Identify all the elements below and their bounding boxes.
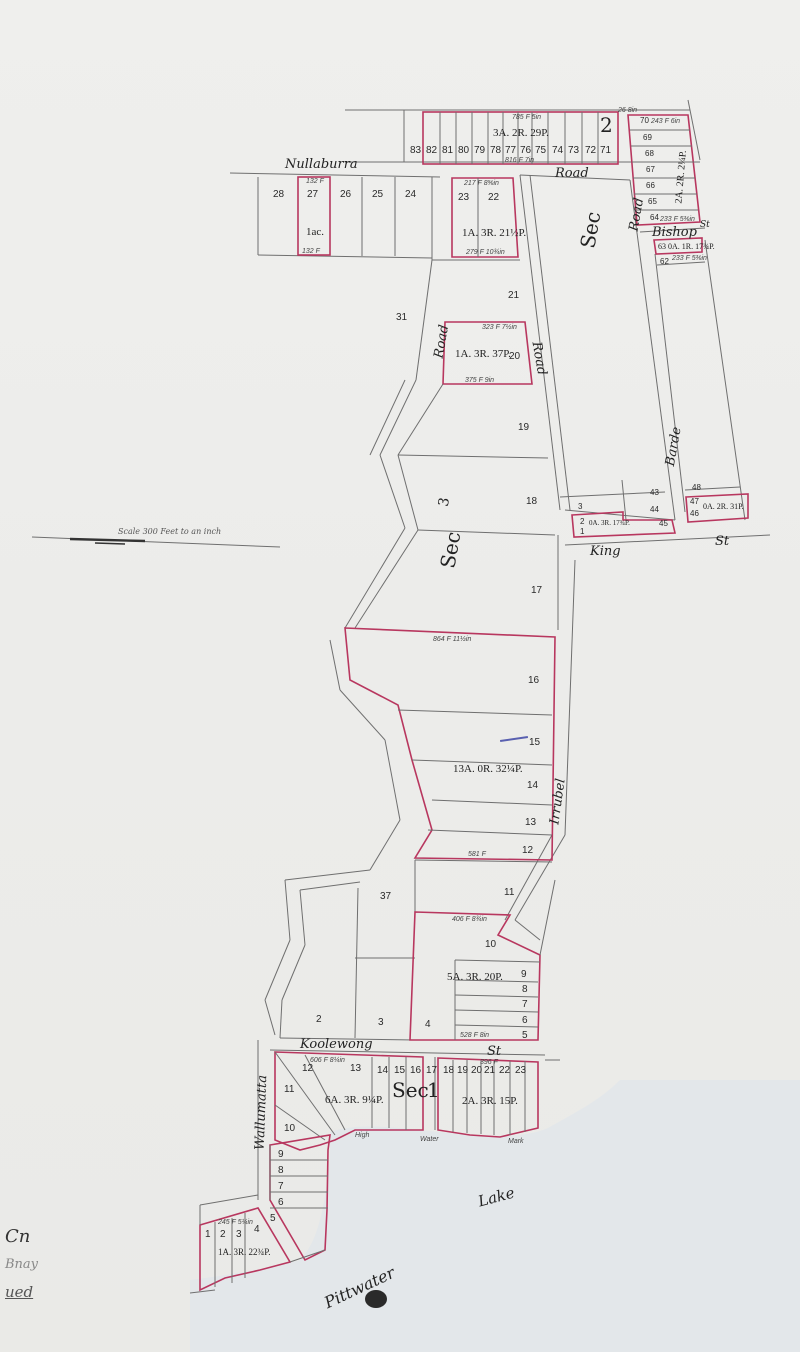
lot-66: 66 [646, 182, 655, 190]
area-lot27: 1ac. [306, 227, 324, 238]
lot-6: 6 [522, 1016, 528, 1026]
area-lots5-10: 5A. 3R. 20P. [447, 972, 503, 983]
area-sec1-west: 6A. 3R. 9¼P. [325, 1095, 384, 1106]
lot-7: 7 [522, 1000, 528, 1010]
road-koolewong: Koolewong [300, 1038, 373, 1051]
lot-8: 8 [522, 985, 528, 995]
dim-top-corner: 26 8in [618, 107, 637, 114]
lot-78: 78 [490, 146, 501, 156]
section-1-number: 1 [427, 1080, 440, 1100]
road-nullaburra: Nullaburra [285, 158, 358, 171]
lot-2: 2 [316, 1015, 322, 1025]
lot-13: 13 [525, 818, 536, 828]
hwm-mark: Mark [508, 1138, 524, 1145]
lot-71: 71 [600, 146, 611, 156]
lot-s1-12: 12 [302, 1064, 313, 1074]
section-1-label: Sec [392, 1080, 429, 1100]
lot-side-9: 9 [278, 1150, 284, 1160]
lot-24: 24 [405, 190, 416, 200]
lot-s1-19: 19 [457, 1066, 468, 1076]
margin-note-2: Bnay [5, 1258, 38, 1271]
lot-s1-16: 16 [410, 1066, 421, 1076]
area-top-block: 3A. 2R. 29P. [493, 128, 549, 139]
dim-lots5-s: 528 F 8in [460, 1032, 489, 1039]
dim-lots22-n: 217 F 8⅝in [464, 180, 499, 187]
lot-67: 67 [646, 166, 655, 174]
lot-9: 9 [521, 970, 527, 980]
lot-19: 19 [518, 423, 529, 433]
lot-47: 47 [690, 498, 699, 506]
lot-b3: 3 [236, 1230, 242, 1240]
lot-45: 45 [659, 520, 668, 528]
lot-25: 25 [372, 190, 383, 200]
lot-s1-15: 15 [394, 1066, 405, 1076]
area-lot20: 1A. 3R. 37P. [455, 349, 511, 360]
lot-11: 11 [504, 888, 514, 898]
lot-68: 68 [645, 150, 654, 158]
lot-20: 20 [509, 352, 520, 362]
lot-22: 22 [488, 193, 499, 203]
lot-b1: 1 [205, 1230, 211, 1240]
lot-48: 48 [692, 484, 701, 492]
dim-lot20-n: 323 F 7½in [482, 324, 517, 331]
lot-3: 3 [378, 1018, 384, 1028]
dim-lots22-s: 279 F 10¾in [466, 249, 505, 256]
lot-77: 77 [505, 146, 516, 156]
area-lots12-16: 13A. 0R. 32¼P. [453, 764, 523, 775]
lot-s1-22: 22 [499, 1066, 510, 1076]
area-lots22-23: 1A. 3R. 21½P. [462, 228, 526, 239]
lot-83: 83 [410, 146, 421, 156]
lot-s1-20: 20 [471, 1066, 482, 1076]
road-label-top: Road [555, 167, 589, 180]
area-king-lots: 0A. 3R. 17¾P. [589, 520, 630, 527]
dim-lots5-n: 406 F 8¾in [452, 916, 487, 923]
lot-27: 27 [307, 190, 318, 200]
dim-bottom-n: 245 F 5¼in [218, 1219, 253, 1226]
lot-28: 28 [273, 190, 284, 200]
lot-side-6: 6 [278, 1198, 284, 1208]
area-lot63: 63 0A. 1R. 17¾P. [658, 243, 715, 251]
lot-73: 73 [568, 146, 579, 156]
road-wallumatta: Wallumatta [254, 1075, 270, 1150]
lot-4: 4 [425, 1020, 431, 1030]
area-bottom-lots: 1A. 3R. 22¾P. [218, 1248, 271, 1257]
lot-74: 74 [552, 146, 563, 156]
lot-side-7: 7 [278, 1182, 284, 1192]
lot-69: 69 [643, 134, 652, 142]
lot-76: 76 [520, 146, 531, 156]
lot-82: 82 [426, 146, 437, 156]
dim-lot27-s: 132 F [302, 248, 320, 255]
scale-text: Scale 300 Feet to an inch [118, 528, 221, 536]
dim-sec1-e-n: 396 F [480, 1059, 498, 1066]
lot-s1-14: 14 [377, 1066, 388, 1076]
lot-s1-13: 13 [350, 1064, 361, 1074]
lot-64: 64 [650, 214, 659, 222]
lot-46: 46 [690, 510, 699, 518]
lot-side-10: 10 [284, 1124, 295, 1134]
lot-44: 44 [650, 506, 659, 514]
lot-15: 15 [529, 738, 540, 748]
margin-note-1: Cn [5, 1228, 30, 1246]
road-bishop: Bishop [652, 226, 697, 239]
lot-18: 18 [526, 497, 537, 507]
lot-26: 26 [340, 190, 351, 200]
lot-side-5: 5 [270, 1214, 276, 1224]
lot-65: 65 [648, 198, 657, 206]
dim-lot62: 233 F 5⅜in [672, 255, 707, 262]
section-2-number: 2 [600, 115, 613, 135]
dim-top-south: 816 F 7in [505, 157, 534, 164]
lot-17: 17 [531, 586, 542, 596]
lot-70: 70 [640, 117, 649, 125]
lot-37: 37 [380, 892, 391, 902]
lot-23: 23 [458, 193, 469, 203]
hwm-water: Water [420, 1136, 439, 1143]
lot-s1-21: 21 [484, 1066, 495, 1076]
lot-10: 10 [485, 940, 496, 950]
lot-s1-17: 17 [426, 1066, 437, 1076]
lot-80: 80 [458, 146, 469, 156]
lot-81: 81 [442, 146, 453, 156]
lot-31: 31 [396, 313, 407, 323]
dim-lot64: 233 F 5⅜in [660, 216, 695, 223]
dim-sec1-w-n: 606 F 8¼in [310, 1057, 345, 1064]
road-king: King [590, 545, 621, 558]
lake-water [190, 1080, 800, 1352]
dim-top-north: 785 F 5in [512, 114, 541, 121]
area-sec1-east: 2A. 3R. 15P. [462, 1096, 518, 1107]
lot-43: 43 [650, 489, 659, 497]
lot-79: 79 [474, 146, 485, 156]
lot-k3: 3 [578, 503, 582, 511]
road-koolewong-st: St [487, 1045, 501, 1058]
lot-k1: 1 [580, 528, 584, 536]
lot-72: 72 [585, 146, 596, 156]
dim-lot20-s: 375 F 9in [465, 377, 494, 384]
lot-16: 16 [528, 676, 539, 686]
section-3-label: Sec [437, 530, 463, 570]
lot-62: 62 [660, 258, 669, 266]
hwm-high: High [355, 1132, 369, 1139]
lot-12: 12 [522, 846, 533, 856]
margin-note-3: ued [5, 1285, 33, 1300]
road-bishop-st: St [700, 221, 710, 230]
section-label-mid: Sec [577, 210, 603, 250]
dim-lot27-n: 132 F [306, 178, 324, 185]
lot-side-11: 11 [284, 1085, 294, 1095]
lot-21: 21 [508, 291, 519, 301]
lot-b2: 2 [220, 1230, 226, 1240]
road-king-st: St [715, 535, 729, 548]
dim-lots12-n: 864 F 11½in [433, 636, 471, 643]
area-lots46-47: 0A. 2R. 31P. [703, 503, 744, 511]
lot-b4: 4 [254, 1225, 260, 1235]
lot-75: 75 [535, 146, 546, 156]
lot-s1-23: 23 [515, 1066, 526, 1076]
dim-lots12-s: 581 F [468, 851, 486, 858]
lot-k2: 2 [580, 518, 584, 526]
lot-side-8: 8 [278, 1166, 284, 1176]
lot-5: 5 [522, 1031, 528, 1041]
lot-s1-18: 18 [443, 1066, 454, 1076]
lot-14: 14 [527, 781, 538, 791]
ink-blot [365, 1290, 387, 1308]
dim-lot70: 243 F 6in [651, 118, 680, 125]
